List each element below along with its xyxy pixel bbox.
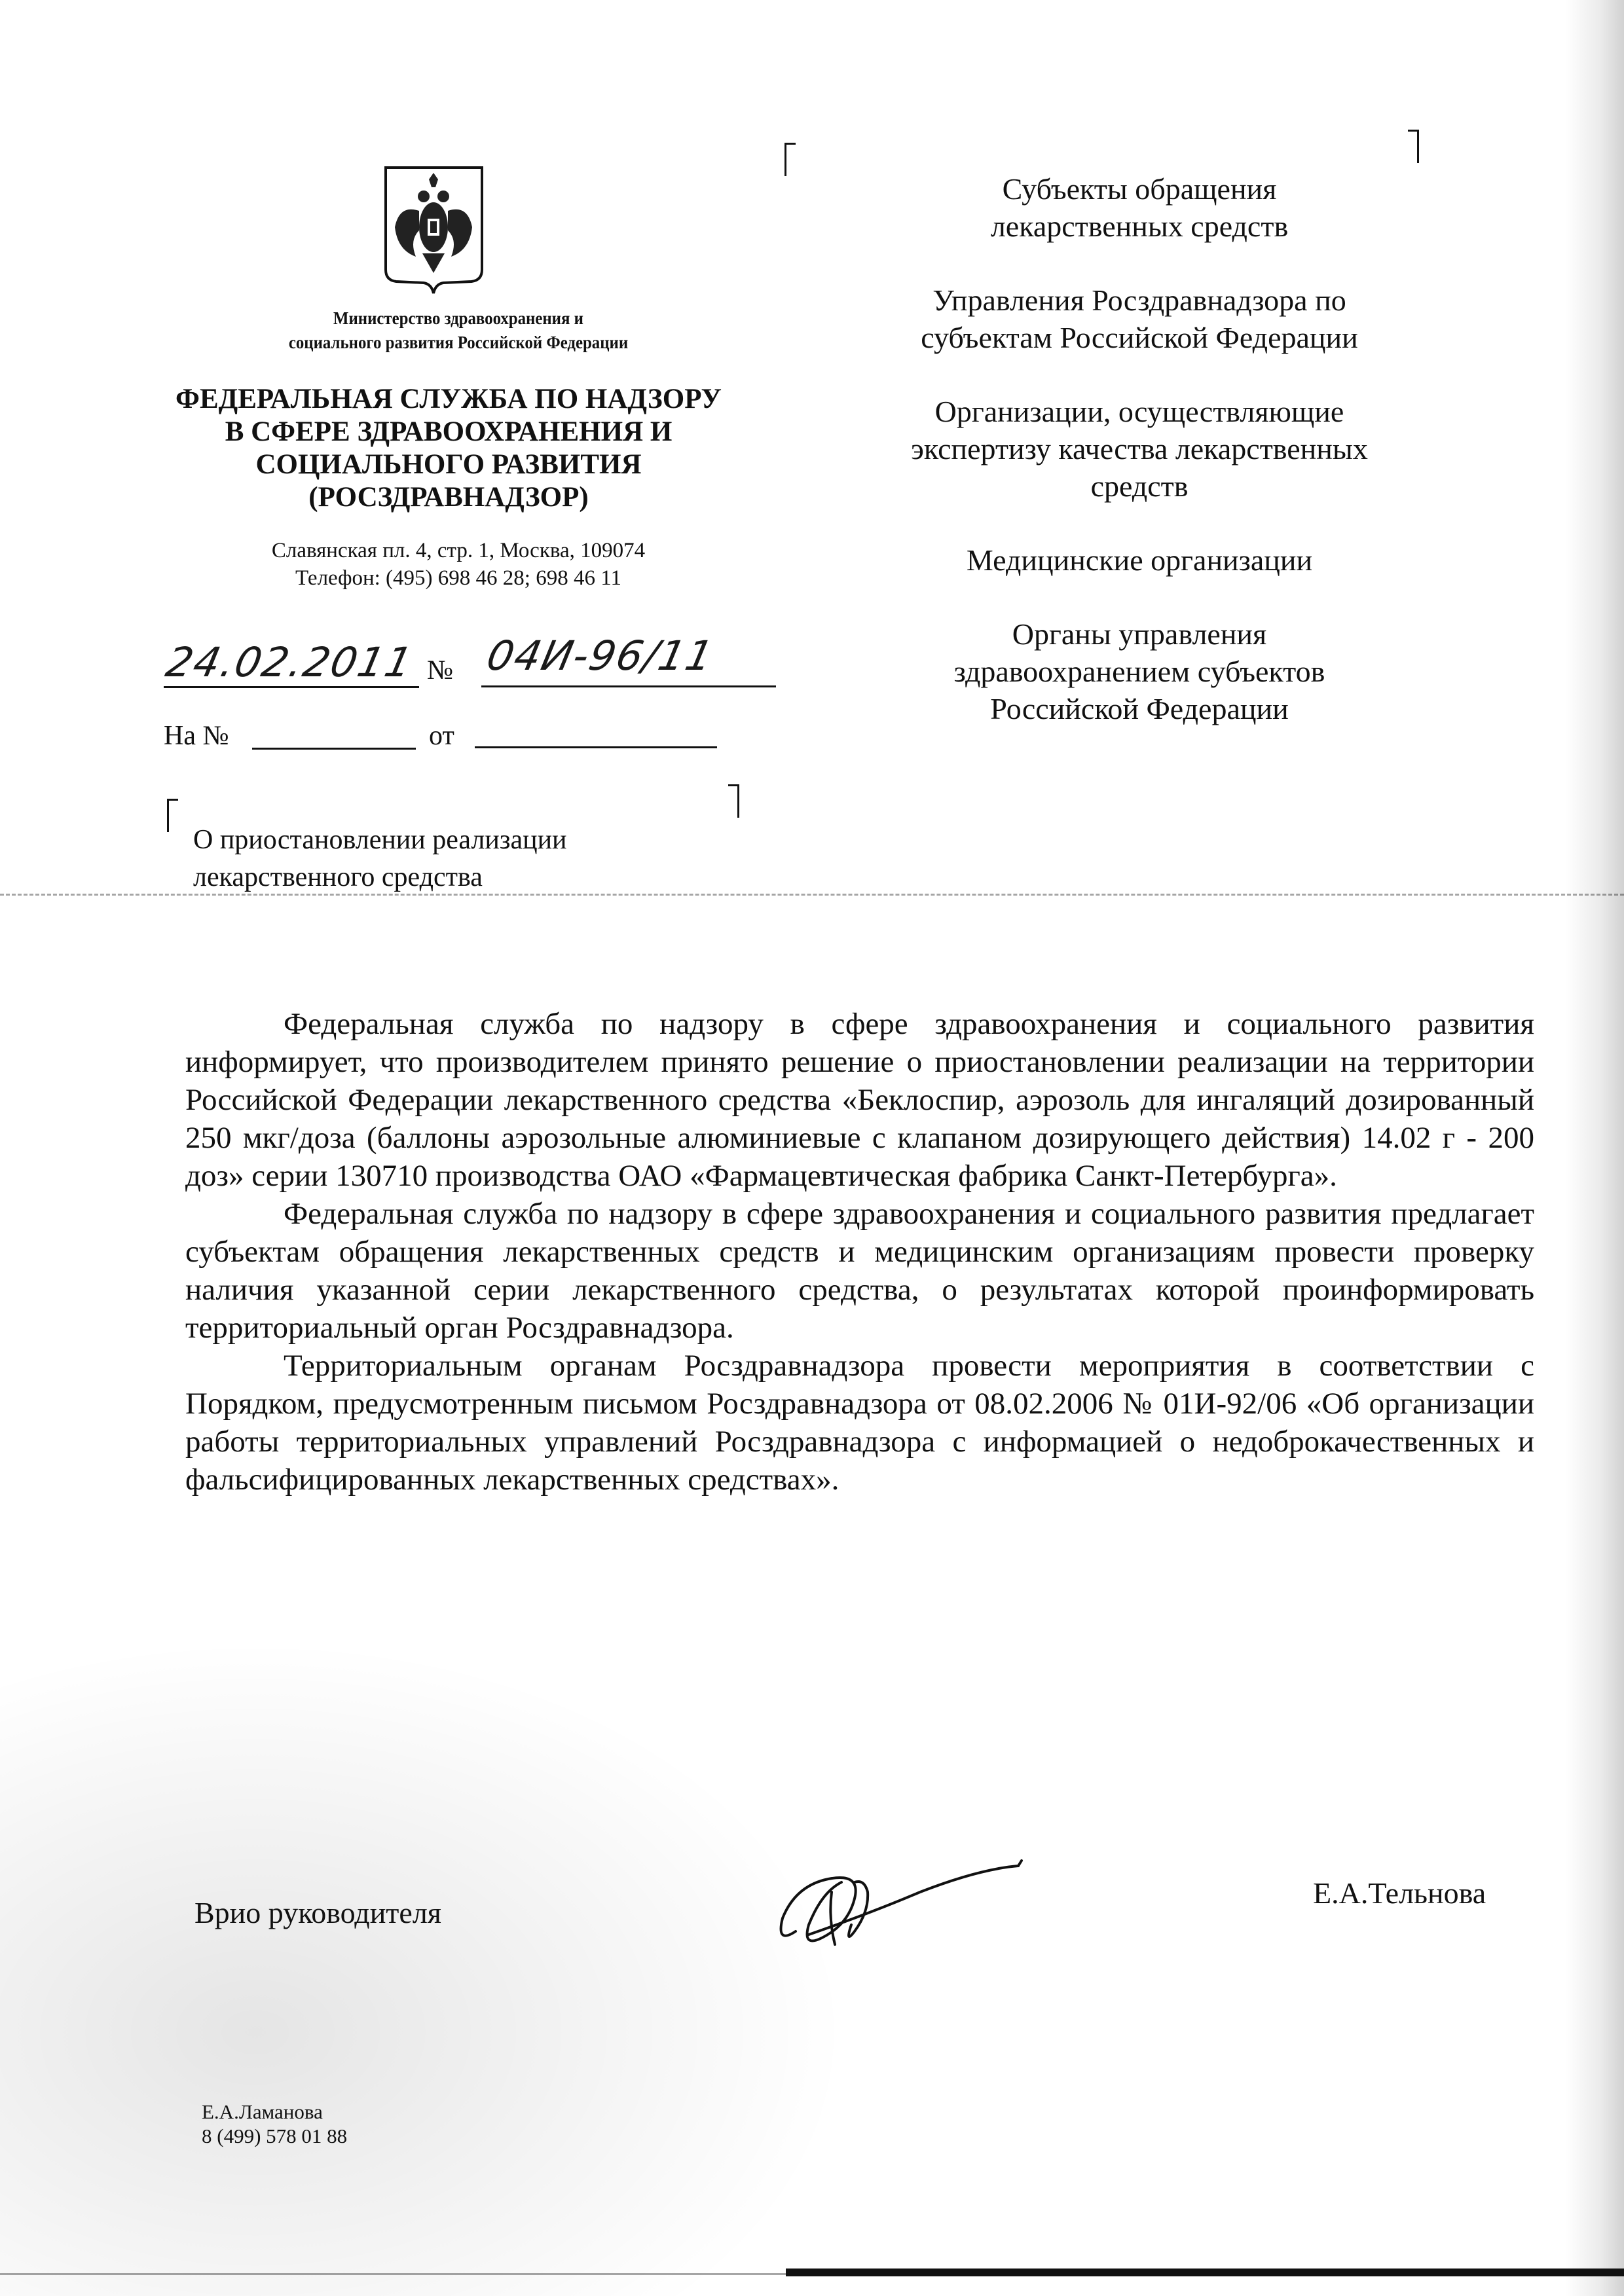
addressee: Управления Росздравнадзора по субъектам … [805,282,1473,356]
scan-bottom-edge [0,2273,786,2275]
addressee-bracket-left [784,143,796,176]
reply-number-blank [252,748,416,750]
date-underline [164,686,419,688]
letter-subject: О приостановлении реализации лекарственн… [193,822,567,896]
addressee-bracket-right [1408,130,1419,163]
body-paragraph: Федеральная служба по надзору в сфере зд… [185,1005,1534,1195]
subject-bracket-left [167,799,178,832]
reply-number-label: На № [164,720,229,752]
body-paragraph: Территориальным органам Росздравнадзора … [185,1347,1534,1499]
addressee: Организации, осуществляющие экспертизу к… [805,393,1473,505]
service-address: Славянская пл. 4, стр. 1, Москва, 109074… [164,537,753,592]
scan-bottom-bar [786,2269,1624,2276]
signer-name: Е.А.Тельнова [1313,1876,1486,1910]
executor-name: Е.А.Ламанова [202,2100,347,2124]
reply-from-label: от [429,720,454,752]
scan-edge-shadow [1565,0,1624,2296]
addressee-list: Субъекты обращения лекарственных средств… [805,170,1473,764]
addressee: Органы управления здравоохранением субъе… [805,615,1473,727]
ministry-name: Министерство здравоохранения и социально… [187,306,729,355]
reply-date-blank [475,746,717,748]
executor-info: Е.А.Ламанова 8 (499) 578 01 88 [202,2100,347,2148]
addressee: Медицинские организации [805,541,1473,579]
body-paragraph: Федеральная служба по надзору в сфере зд… [185,1195,1534,1347]
number-underline [481,685,776,687]
addressee: Субъекты обращения лекарственных средств [805,170,1473,245]
signer-title: Врио руководителя [194,1895,441,1930]
subject-bracket-right [728,784,739,818]
letter-body: Федеральная служба по надзору в сфере зд… [185,1005,1534,1499]
scan-shading [0,1637,851,2296]
registration-date: 24.02.2011 [162,638,418,686]
service-name: ФЕДЕРАЛЬНАЯ СЛУЖБА ПО НАДЗОРУ В СФЕРЕ ЗД… [141,383,756,514]
signature-icon [769,1853,1110,1958]
coat-of-arms-icon [383,165,485,296]
registration-number: 04И-96/11 [483,632,718,680]
number-sign: № [427,655,453,686]
executor-phone: 8 (499) 578 01 88 [202,2124,347,2148]
